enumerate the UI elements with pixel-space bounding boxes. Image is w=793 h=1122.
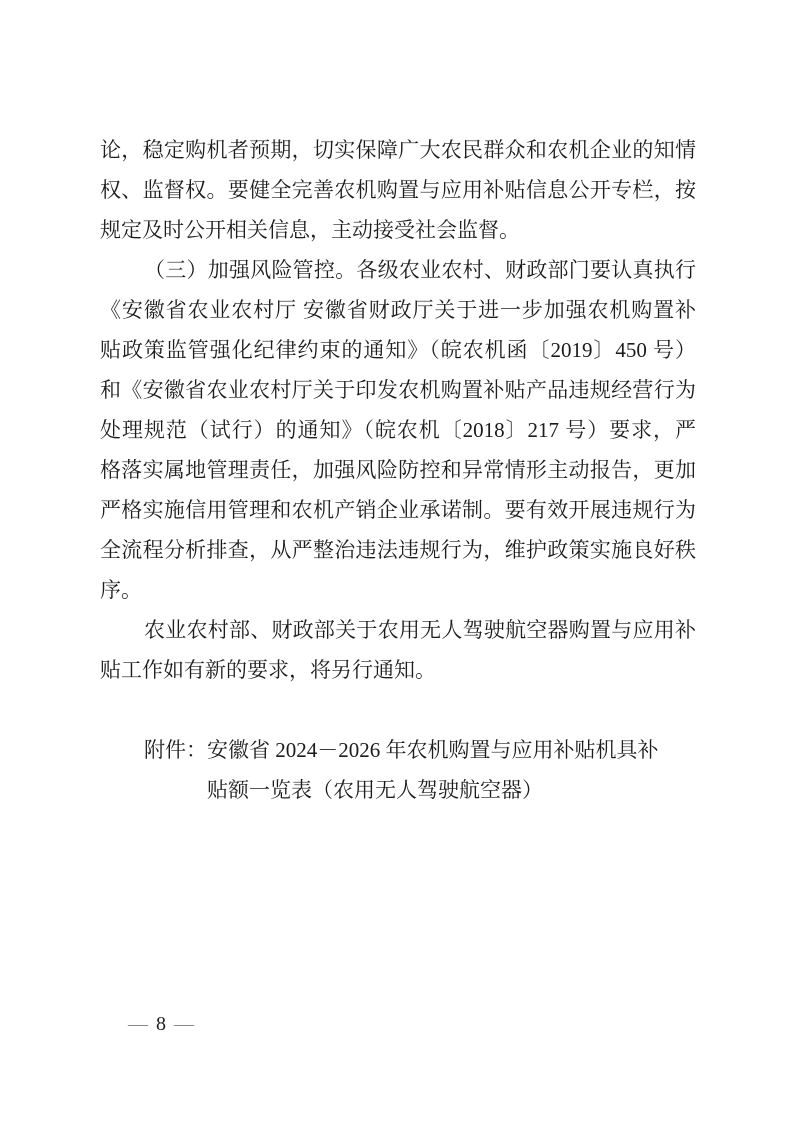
text-line: 格落实属地管理责任，加强风险防控和异常情形主动报告，更加 (100, 450, 696, 490)
text-line: 贴政策监管强化纪律约束的通知》（皖农机函〔2019〕450 号） (100, 330, 696, 370)
page-number: 8 (156, 1013, 166, 1035)
paragraph-closing: 农业农村部、财政部关于农用无人驾驶航空器购置与应用补 贴工作如有新的要求，将另行… (100, 610, 696, 690)
text-line: 和《安徽省农业农村厅关于印发农机购置补贴产品违规经营行为 (100, 370, 696, 410)
text-line: 权、监督权。要健全完善农机购置与应用补贴信息公开专栏，按 (100, 170, 696, 210)
text-line: 处理规范（试行）的通知》（皖农机〔2018〕217 号）要求，严 (100, 410, 696, 450)
text-line: 《安徽省农业农村厅 安徽省财政厅关于进一步加强农机购置补 (100, 290, 696, 330)
document-page: 论，稳定购机者预期，切实保障广大农民群众和农机企业的知情 权、监督权。要健全完善… (0, 0, 793, 1122)
text-line: 全流程分析排查，从严整治违法违规行为，维护政策实施良好秩 (100, 530, 696, 570)
footer-dash-left: — (128, 1013, 148, 1035)
text-line: （三）加强风险管控。各级农业农村、财政部门要认真执行 (100, 250, 696, 290)
page-footer: —8— (128, 1008, 194, 1040)
attachment-line: 附件：安徽省 2024－2026 年农机购置与应用补贴机具补 (100, 730, 696, 770)
text-line: 规定及时公开相关信息，主动接受社会监督。 (100, 210, 696, 250)
attachment-note: 附件：安徽省 2024－2026 年农机购置与应用补贴机具补 贴额一览表（农用无… (100, 730, 696, 810)
paragraph-section-3: （三）加强风险管控。各级农业农村、财政部门要认真执行 《安徽省农业农村厅 安徽省… (100, 250, 696, 610)
document-body: 论，稳定购机者预期，切实保障广大农民群众和农机企业的知情 权、监督权。要健全完善… (100, 130, 696, 810)
text-line: 严格实施信用管理和农机产销企业承诺制。要有效开展违规行为 (100, 490, 696, 530)
attachment-line: 贴额一览表（农用无人驾驶航空器） (100, 770, 696, 810)
paragraph-continuation: 论，稳定购机者预期，切实保障广大农民群众和农机企业的知情 权、监督权。要健全完善… (100, 130, 696, 250)
text-line: 贴工作如有新的要求，将另行通知。 (100, 650, 696, 690)
text-line: 序。 (100, 570, 696, 610)
text-line: 论，稳定购机者预期，切实保障广大农民群众和农机企业的知情 (100, 130, 696, 170)
text-line: 农业农村部、财政部关于农用无人驾驶航空器购置与应用补 (100, 610, 696, 650)
footer-dash-right: — (174, 1013, 194, 1035)
